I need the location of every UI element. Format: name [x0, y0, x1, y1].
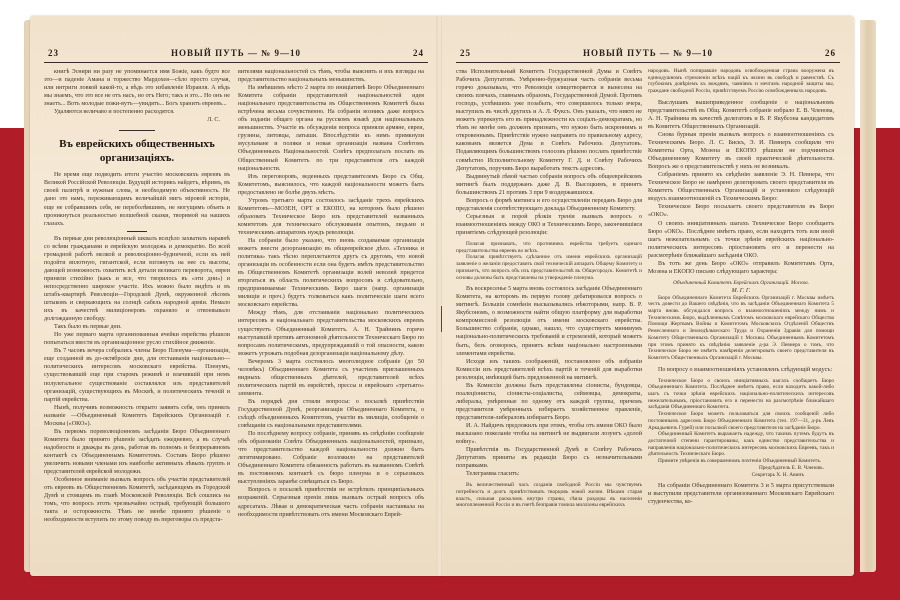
paragraph: Между тѣмъ, для отстаиванія національно … — [238, 309, 424, 357]
left-page-header: 23 НОВЫЙ ПУТЬ — № 9—10 24 — [44, 48, 428, 63]
paragraph: Серьезныя и порой рѣзкія тренія вызвалъ … — [456, 213, 642, 237]
paragraph: И. А. Найдичъ предложилъ при этомъ, чтоб… — [456, 422, 642, 446]
right-page: 25 НОВЫЙ ПУТЬ — № 9—10 26 ства Исполните… — [442, 16, 854, 576]
paragraph: Но уже перваго марта организованныя ячей… — [44, 331, 230, 347]
paragraph: О своихъ иниціативныхъ шагахъ Техническо… — [648, 220, 834, 260]
right-page-edge — [860, 20, 876, 572]
paragraph: Выслушавъ вышеприведенное сообщеніе о на… — [648, 99, 834, 131]
paragraph: Утромъ третьяго марта состоялось засѣдан… — [238, 197, 424, 237]
paragraph: Вопросъ о посылкѣ привѣтствія не встрѣти… — [238, 486, 424, 518]
divider — [119, 130, 155, 131]
paragraph: Въ воскресенье 5 марта вновь состоялось … — [456, 285, 642, 357]
letter-header: Объединенный Комитетъ Еврейскихъ Организ… — [648, 280, 834, 287]
newspaper-spread: 23 НОВЫЙ ПУТЬ — № 9—10 24 книгѣ Эсѳири н… — [24, 16, 876, 576]
author-signature: Л. С. — [44, 116, 230, 124]
left-page-column-1: книгѣ Эсѳири ни разу не упоминается имя … — [44, 68, 230, 524]
paragraph: На собраніи Объединеннаго Комитета 3 и 5… — [648, 482, 834, 506]
divider — [127, 231, 147, 232]
paragraph: вителями національностей съ тѣмъ, чтобы … — [238, 68, 424, 84]
paragraph: Изъ переговоровъ, веденныхъ представител… — [238, 173, 424, 197]
paragraph: Удаляются величаво и постепенно расходят… — [44, 108, 230, 116]
paragraph: Техническое Бюро посылаетъ своего предст… — [648, 203, 834, 219]
paragraph: На собраніи было указано, что вновь созд… — [238, 237, 424, 309]
paragraph: Въ первомъ пореволюціонномъ засѣданіи Бю… — [44, 428, 230, 476]
letter-body: Бюро Объединеннаго Комитета Еврейскихъ О… — [648, 295, 834, 362]
telegram-text: Въ величественный часъ созданія свободно… — [456, 482, 642, 509]
paragraph: Въ первые дни революціонный шквалъ всецѣ… — [44, 235, 230, 324]
paragraph: Въ Комиссіи должны быть представлены сіо… — [456, 382, 642, 422]
right-page-column-2: народовъ. Нынѣ попиравшіе народовъ освоб… — [648, 68, 834, 506]
paragraph: Исходя изъ такихъ соображеній, постановл… — [456, 358, 642, 382]
paragraph: По послѣднему вопросу собраніе, принявъ … — [238, 430, 424, 486]
paragraph: Особенное вниманіе вызвалъ вопросъ объ у… — [44, 476, 230, 524]
paragraph: Телеграмма гласитъ: — [456, 470, 642, 478]
paragraph: Выдвинутый лѣвой частью собранія вопросъ… — [456, 173, 642, 197]
left-page-column-2: вителями національностей съ тѣмъ, чтобы … — [238, 68, 424, 519]
masthead-title: НОВЫЙ ПУТЬ — № 9—10 — [44, 48, 428, 58]
right-page-header: 25 НОВЫЙ ПУТЬ — № 9—10 26 — [456, 48, 840, 63]
paragraph: Въ порядкѣ дня стояли вопросы: о посылкѣ… — [238, 398, 424, 430]
article-title: Въ еврейскихъ общественныхъ организацiях… — [44, 137, 230, 165]
paragraph: Вопросъ о формѣ митинга и его осуществле… — [456, 197, 642, 213]
page-number: 26 — [825, 48, 836, 58]
masthead-title: НОВЫЙ ПУТЬ — № 9—10 — [456, 48, 840, 58]
left-page: 23 НОВЫЙ ПУТЬ — № 9—10 24 книгѣ Эсѳири н… — [30, 16, 442, 576]
resolution-text: Полагая признавать, что противникъ еврей… — [456, 241, 642, 254]
paragraph: На имѣвшемъ мѣсто 2 марта по иниціативѣ … — [238, 84, 424, 173]
paragraph: Снова бурныя пренія вызвалъ вопросъ о вз… — [648, 131, 834, 171]
paragraph: Нынѣ, получивъ возможность открыто заяви… — [44, 404, 230, 428]
paragraph: Въ тотъ же день Бюро «ОКО» отправилъ Ком… — [648, 260, 834, 276]
right-page-column-1: ства Исполнительный Комитетъ Государстве… — [456, 68, 642, 509]
paragraph: Привѣтствія въ Государственной Думѣ и Со… — [456, 446, 642, 470]
rule-text: Примите увѣренія въ совершенномъ почтені… — [648, 458, 834, 465]
paragraph: Въ 7 часовъ вечера собрались члены Бюро … — [44, 347, 230, 403]
paragraph: По вопросу о взаимоотношеніяхъ установле… — [648, 366, 834, 374]
paragraph: ства Исполнительный Комитетъ Государстве… — [456, 68, 642, 173]
paragraph: Такъ было въ первые дни. — [44, 323, 230, 331]
paragraph: Собраніемъ принято къ свѣдѣнію заявленіе… — [648, 171, 834, 203]
resolution-text: Полагая привѣтствуетъ сдѣланное отъ имен… — [456, 254, 642, 281]
telegram-text: народовъ. Нынѣ попиравшіе народовъ освоб… — [648, 68, 834, 95]
rule-text: Техническое Бюро о своихъ иниціативныхъ … — [648, 378, 834, 412]
page-number: 24 — [413, 48, 424, 58]
paragraph: Не время еще подводить итоги участію мос… — [44, 171, 230, 227]
letter-salutation: М. Г. Г. — [648, 287, 834, 295]
chairman-signature: Предсѣдатель Е. В. Членовъ. — [648, 465, 834, 472]
rule-text: Объединенный Комитетъ выражаетъ надежду,… — [648, 431, 834, 458]
secretary-signature: Секретарь Х. Н. Авинъ — [648, 472, 834, 479]
paragraph: Вечеромъ 3 марта состоялось многолюдное … — [238, 358, 424, 398]
paragraph: книгѣ Эсѳири ни разу не упоминается имя … — [44, 68, 230, 108]
rule-text: Техническое Бюро можетъ пользоваться для… — [648, 411, 834, 431]
